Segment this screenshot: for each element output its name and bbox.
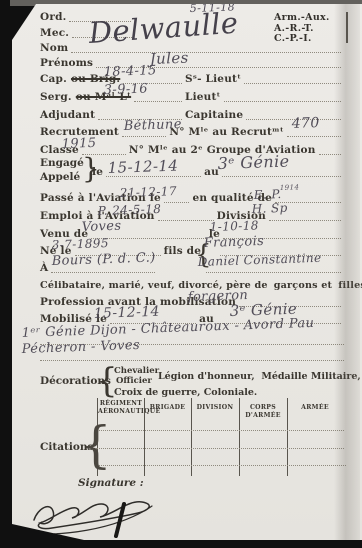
- officier-label: Officier: [116, 376, 152, 386]
- field-prenoms: Prénoms: [40, 55, 344, 70]
- dotted-rule: [40, 360, 344, 361]
- hw-emploi: P. 24-5-18: [98, 202, 162, 218]
- chevalier-label: Chevalier: [114, 366, 159, 376]
- dotted-rule: [71, 52, 341, 53]
- table-header-regiment: Régiment aéronautique: [98, 400, 144, 416]
- hw-ne-le: 3-7-1895: [52, 236, 110, 252]
- prenoms-label: Prénoms: [40, 57, 93, 70]
- hw-qualite: E. P.: [254, 187, 282, 202]
- sous-lieutenant-label: Sˢ- Lieutᵗ: [185, 73, 241, 86]
- hw-engage-unit: 3ᵉ Génie: [217, 152, 289, 173]
- hw-recrut-number: 470: [291, 115, 319, 132]
- dotted-rule: [164, 202, 190, 203]
- signature-stroke: [20, 490, 180, 540]
- hw-serg-date: 3-9-16: [103, 81, 148, 98]
- dotted-rule: [319, 154, 341, 155]
- dotted-rule: [244, 83, 341, 84]
- table-header-corps: Corps d'armée: [240, 404, 286, 420]
- hw-cap-date: 18-4-15: [103, 63, 156, 80]
- hw-passe-aviation-date: 21-12-17: [120, 184, 178, 200]
- le-label: le: [92, 166, 103, 179]
- scanned-military-record: Arm.-Aux. A.-R.-T. C.-P.-I. Ord. Mec. No…: [0, 0, 362, 548]
- adjudant-label: Adjudant: [40, 109, 95, 122]
- filles-label: filles: [338, 279, 362, 292]
- table-header-brigade: Brigade: [145, 404, 190, 412]
- hw-mobilise-date: 15-12-14: [93, 304, 160, 322]
- hw-recrutement: Béthune: [123, 117, 182, 134]
- field-cap-slieut: Cap. ou Brig. Sˢ- Lieutᵗ: [40, 71, 344, 86]
- field-passe-aviation: Passé à l'Aviation le en qualité de: [40, 190, 344, 205]
- dotted-rule: [51, 272, 155, 273]
- field-serg-lieut: Serg. ou Mᵃˡ-Lᵗ Lieutᵗ: [40, 89, 344, 104]
- a-label: À: [40, 262, 48, 275]
- dotted-rule: [287, 136, 341, 137]
- ord-label: Ord.: [40, 11, 66, 24]
- dotted-rule: [122, 136, 166, 137]
- hw-classe: 1915: [61, 136, 96, 152]
- lieutenant-label: Lieutᵗ: [185, 91, 221, 104]
- citations-brace: {: [80, 416, 112, 474]
- table-header-division: Division: [192, 404, 238, 412]
- croix-guerre-label: Croix de guerre, Coloniale.: [114, 387, 257, 398]
- appele-label: Appelé: [40, 171, 80, 183]
- dotted-rule: [158, 220, 214, 221]
- hw-engage-date: 15-12-14: [107, 157, 178, 177]
- mec-label: Mec.: [40, 27, 69, 40]
- record-card: Arm.-Aux. A.-R.-T. C.-P.-I. Ord. Mec. No…: [12, 4, 362, 540]
- legion-text: Légion d'honneur,: [158, 371, 255, 382]
- citation-row-rule: [96, 448, 344, 449]
- hw-parcours-line-2: Pécheron - Voves: [21, 338, 140, 357]
- recrut-number-label: N° Mˡᵉ au Recrutᵐᵗ: [169, 126, 284, 139]
- citation-row-rule: [96, 465, 346, 466]
- medaille-text: Médaille Militaire,: [261, 371, 360, 382]
- hw-division: H. Sp: [252, 201, 288, 216]
- cap-label: Cap.: [40, 73, 67, 86]
- dotted-rule: [224, 101, 341, 102]
- dotted-rule: [269, 220, 341, 221]
- signature-label: Signature :: [78, 477, 144, 489]
- hw-pere: François: [203, 234, 264, 251]
- dotted-rule: [134, 101, 182, 102]
- nom-label: Nom: [40, 42, 68, 55]
- serg-label: Serg.: [40, 91, 72, 104]
- table-header-armee: Armée: [288, 404, 342, 412]
- garcons-label: garçons et: [274, 279, 332, 292]
- legion-honneur-label: Légion d'honneur, Médaille Militaire,: [158, 371, 361, 382]
- capitaine-label: Capitaine: [185, 109, 243, 122]
- au-label: au: [204, 166, 219, 179]
- dotted-rule: [222, 176, 341, 177]
- engage-label: Engagé: [40, 157, 84, 169]
- hw-qualite-note: 1914: [280, 183, 300, 192]
- hw-venu-de: Voves: [81, 219, 121, 235]
- hw-venu-le: 1-10-18: [210, 218, 260, 234]
- dotted-rule: [206, 272, 341, 273]
- citation-row-rule: [96, 430, 344, 431]
- corner-rule: [346, 12, 348, 43]
